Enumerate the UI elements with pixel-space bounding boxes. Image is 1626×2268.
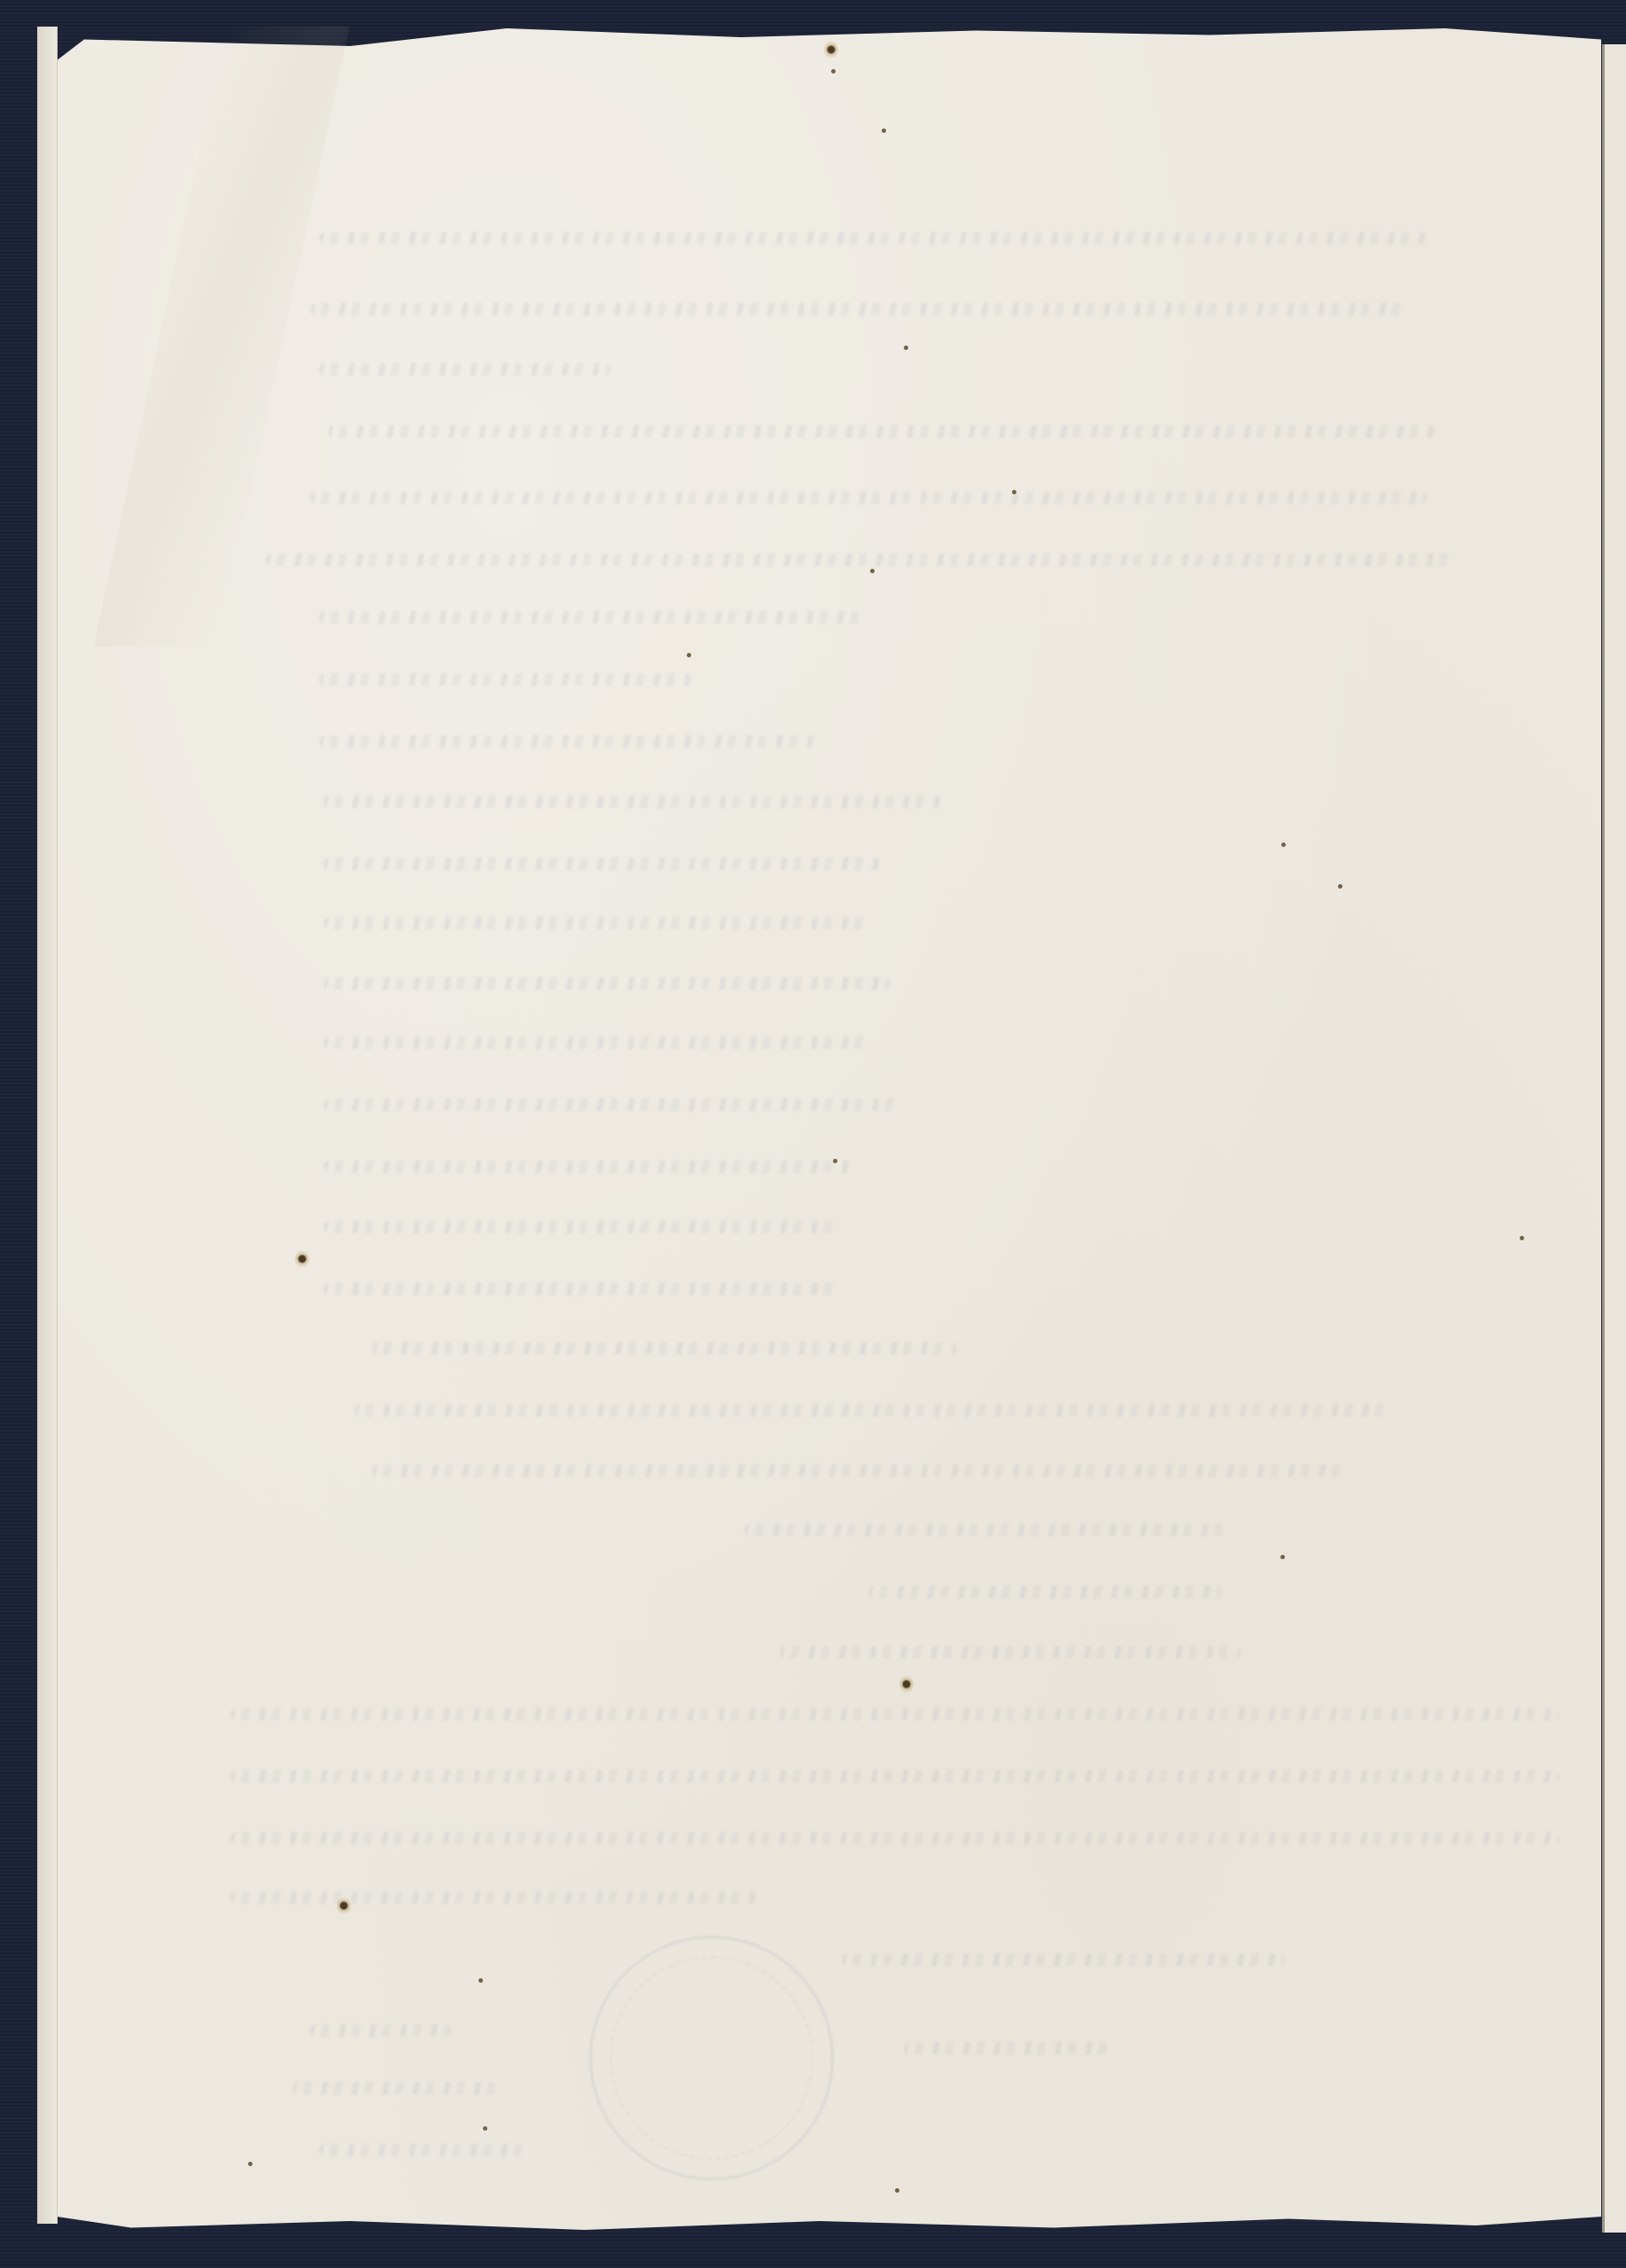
paper-speck (478, 1978, 483, 1983)
paper-speck (904, 346, 908, 350)
paper-speck (895, 2188, 899, 2193)
adjacent-page-edge (1605, 44, 1626, 2233)
paper-speck (1281, 843, 1286, 847)
paper-speck (687, 653, 691, 657)
scan-background (0, 0, 1626, 2268)
paper-speck (833, 1159, 837, 1163)
paper-speck (1338, 884, 1342, 889)
paper-speck (831, 69, 836, 74)
paper-speck (870, 569, 875, 573)
foxing-spot (824, 40, 838, 59)
foxing-spot (295, 1249, 309, 1269)
foxing-spot (337, 1896, 351, 1915)
paper-speck (1280, 1555, 1285, 1559)
foxing-spot (899, 1674, 914, 1694)
paper-speck (1012, 490, 1016, 494)
deckle-edge (37, 27, 58, 2224)
paper-speck (248, 2162, 253, 2166)
paper-speck (1520, 1236, 1524, 1240)
paper-speck (483, 2126, 487, 2131)
paper-speck (882, 128, 886, 133)
